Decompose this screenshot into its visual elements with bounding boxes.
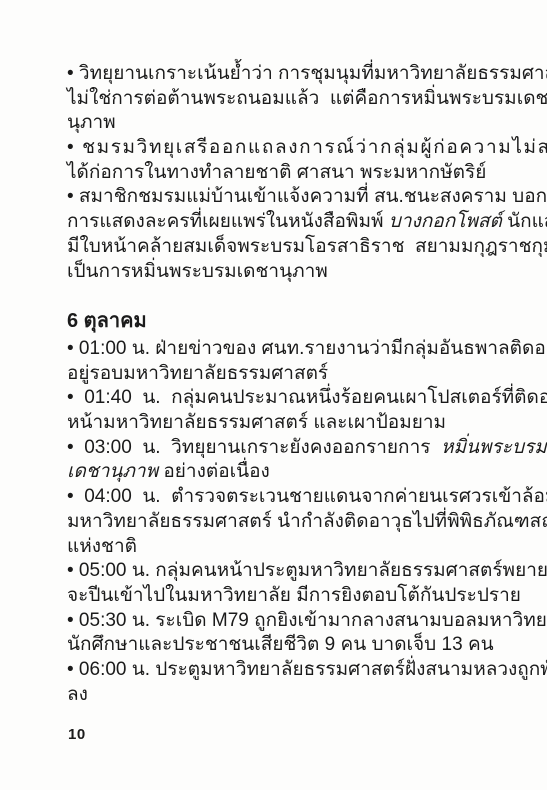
intro-paragraphs: • วิทยุยานเกราะเน้นย้ำว่า การชุมนุมที่มห…: [67, 62, 483, 284]
text-line: การแสดงละครที่เผยแพร่ในหนังสือพิมพ์ บางก…: [67, 210, 483, 235]
timeline-line: แห่งชาติ: [67, 535, 483, 560]
text-line: เป็นการหมิ่นพระบรมเดชานุภาพ: [67, 260, 483, 285]
line-text: ได้ก่อการในทางทำลายชาติ ศาสนา พระมหากษัต…: [67, 162, 486, 183]
line-text: เป็นการหมิ่นพระบรมเดชานุภาพ: [67, 261, 328, 282]
timeline-line: • 05:30 น. ระเบิด M79 ถูกยิงเข้ามากลางสน…: [67, 609, 483, 634]
text-line: ได้ก่อการในทางทำลายชาติ ศาสนา พระมหากษัต…: [67, 161, 483, 186]
line-text: • 06:00 น. ประตูมหาวิทยาลัยธรรมศาสตร์ฝั่…: [67, 659, 547, 680]
text-line: นุภาพ: [67, 111, 483, 136]
text-line: • สมาชิกชมรมแม่บ้านเข้าแจ้งความที่ สน.ชน…: [67, 185, 483, 210]
timeline-line: มหาวิทยาลัยธรรมศาสตร์ นำกำลังติดอาวุธไปท…: [67, 510, 483, 535]
text-line: • วิทยุยานเกราะเน้นย้ำว่า การชุมนุมที่มห…: [67, 62, 483, 87]
timeline-line: จะปีนเข้าไปในมหาวิทยาลัย มีการยิงตอบโต้ก…: [67, 584, 483, 609]
line-text: มหาวิทยาลัยธรรมศาสตร์ นำกำลังติดอาวุธไปท…: [67, 511, 547, 532]
line-text: • 05:00 น. กลุ่มคนหน้าประตูมหาวิทยาลัยธร…: [67, 560, 547, 581]
line-text: อย่างต่อเนื่อง: [158, 461, 270, 482]
line-text: จะปีนเข้าไปในมหาวิทยาลัย มีการยิงตอบโต้ก…: [67, 585, 521, 606]
line-text: หน้ามหาวิทยาลัยธรรมศาสตร์ และเผาป้อมยาม: [67, 412, 446, 433]
line-text: • วิทยุยานเกราะเน้นย้ำว่า การชุมนุมที่มห…: [67, 63, 547, 84]
text-line: มีใบหน้าคล้ายสมเด็จพระบรมโอรสาธิราช สยาม…: [67, 235, 483, 260]
line-text: • 01:40 น. กลุ่มคนประมาณหนึ่งร้อยคนเผาโป…: [67, 387, 547, 408]
line-text: การแสดงละครที่เผยแพร่ในหนังสือพิมพ์: [67, 211, 389, 232]
line-text: แห่งชาติ: [67, 536, 137, 557]
timeline-line: ลง: [67, 683, 483, 708]
timeline-line: อยู่รอบมหาวิทยาลัยธรรมศาสตร์: [67, 362, 483, 387]
book-page: • วิทยุยานเกราะเน้นย้ำว่า การชุมนุมที่มห…: [0, 0, 547, 790]
timeline-line: หน้ามหาวิทยาลัยธรรมศาสตร์ และเผาป้อมยาม: [67, 411, 483, 436]
text-line: ไม่ใช่การต่อต้านพระถนอมแล้ว แต่คือการหมิ…: [67, 87, 483, 112]
line-text: ไม่ใช่การต่อต้านพระถนอมแล้ว แต่คือการหมิ…: [67, 88, 547, 109]
timeline-line: • 03:00 น. วิทยุยานเกราะยังคงออกรายการ ห…: [67, 436, 483, 461]
line-text: อยู่รอบมหาวิทยาลัยธรรมศาสตร์: [67, 363, 328, 384]
timeline-line: • 01:00 น. ฝ่ายข่าวของ ศนท.รายงานว่ามีกล…: [67, 337, 483, 362]
section-heading-date: 6 ตุลาคม: [67, 308, 147, 334]
line-text: • สมาชิกชมรมแม่บ้านเข้าแจ้งความที่ สน.ชน…: [67, 186, 547, 207]
page-number: 10: [68, 726, 86, 744]
timeline-line: • 06:00 น. ประตูมหาวิทยาลัยธรรมศาสตร์ฝั่…: [67, 658, 483, 683]
line-text: • ชมรมวิทยุเสรีออกแถลงการณ์ว่ากลุ่มผู้ก่…: [67, 137, 547, 158]
line-text: ลง: [67, 684, 88, 705]
timeline-line: • 04:00 น. ตำรวจตระเวนชายแดนจากค่ายนเรศว…: [67, 485, 483, 510]
text-line: • ชมรมวิทยุเสรีออกแถลงการณ์ว่ากลุ่มผู้ก่…: [67, 136, 483, 161]
timeline-line: นักศึกษาและประชาชนเสียชีวิต 9 คน บาดเจ็บ…: [67, 633, 483, 658]
timeline-paragraphs: • 01:00 น. ฝ่ายข่าวของ ศนท.รายงานว่ามีกล…: [67, 337, 483, 707]
line-text: นักแสดง: [502, 211, 547, 232]
line-text: นักศึกษาและประชาชนเสียชีวิต 9 คน บาดเจ็บ…: [67, 634, 494, 655]
line-text: • 04:00 น. ตำรวจตระเวนชายแดนจากค่ายนเรศว…: [67, 486, 547, 507]
line-text-italic: บางกอกโพสต์: [389, 211, 502, 232]
timeline-line: • 01:40 น. กลุ่มคนประมาณหนึ่งร้อยคนเผาโป…: [67, 386, 483, 411]
line-text: • 03:00 น. วิทยุยานเกราะยังคงออกรายการ: [67, 437, 441, 458]
line-text: นุภาพ: [67, 112, 116, 133]
line-text-italic: หมิ่นพระบรม-: [441, 437, 547, 458]
line-text-italic: เดชานุภาพ: [67, 461, 158, 482]
line-text: มีใบหน้าคล้ายสมเด็จพระบรมโอรสาธิราช สยาม…: [67, 236, 547, 257]
timeline-line: • 05:00 น. กลุ่มคนหน้าประตูมหาวิทยาลัยธร…: [67, 559, 483, 584]
line-text: • 05:30 น. ระเบิด M79 ถูกยิงเข้ามากลางสน…: [67, 610, 547, 631]
timeline-line: เดชานุภาพ อย่างต่อเนื่อง: [67, 460, 483, 485]
line-text: • 01:00 น. ฝ่ายข่าวของ ศนท.รายงานว่ามีกล…: [67, 338, 547, 359]
